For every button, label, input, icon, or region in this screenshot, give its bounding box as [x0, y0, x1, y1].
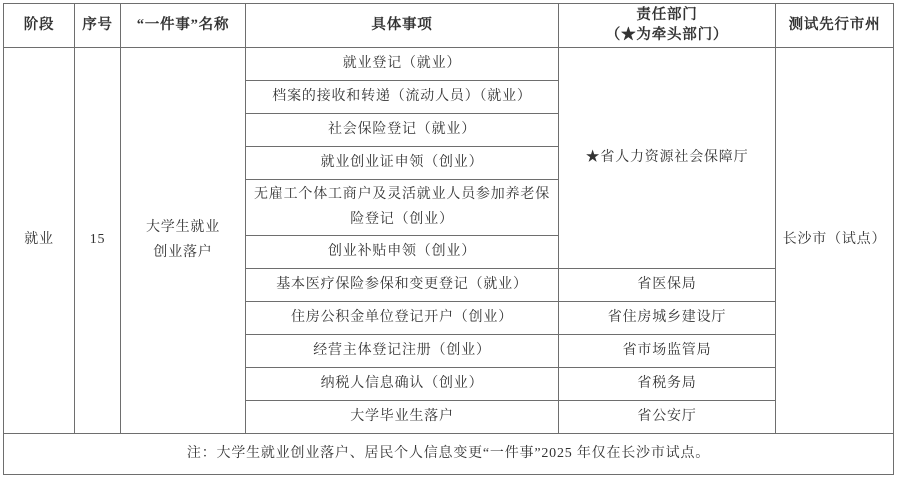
- col-header-name: “一件事”名称: [121, 4, 246, 48]
- note-cell: 注：大学生就业创业落户、居民个人信息变更“一件事”2025 年仅在长沙市试点。: [4, 434, 894, 475]
- item-cell: 经营主体登记注册（创业）: [246, 335, 559, 368]
- pilot-city-cell: 长沙市（试点）: [776, 48, 894, 434]
- document-page: 阶段 序号 “一件事”名称 具体事项 责任部门 （★为牵头部门） 测试先行市州 …: [0, 3, 900, 478]
- department-cell: 省住房城乡建设厅: [559, 302, 776, 335]
- table-header-row: 阶段 序号 “一件事”名称 具体事项 责任部门 （★为牵头部门） 测试先行市州: [4, 4, 894, 48]
- department-cell: 省市场监管局: [559, 335, 776, 368]
- department-cell: 省税务局: [559, 368, 776, 401]
- number-cell: 15: [75, 48, 121, 434]
- col-header-department-line1: 责任部门: [561, 6, 773, 26]
- item-cell: 纳税人信息确认（创业）: [246, 368, 559, 401]
- stage-cell: 就业: [4, 48, 75, 434]
- col-header-number: 序号: [75, 4, 121, 48]
- item-cell: 无雇工个体工商户及灵活就业人员参加养老保险登记（创业）: [246, 180, 559, 236]
- item-cell: 大学毕业生落户: [246, 401, 559, 434]
- star-icon: ★: [586, 150, 601, 165]
- name-cell: 大学生就业 创业落户: [121, 48, 246, 434]
- item-cell: 就业登记（就业）: [246, 48, 559, 81]
- col-header-department: 责任部门 （★为牵头部门）: [559, 4, 776, 48]
- lead-department-label: 省人力资源社会保障厅: [600, 150, 748, 165]
- name-line2: 创业落户: [125, 241, 241, 266]
- col-header-department-line2: （★为牵头部门）: [561, 26, 773, 46]
- item-cell: 住房公积金单位登记开户（创业）: [246, 302, 559, 335]
- col-header-stage: 阶段: [4, 4, 75, 48]
- item-cell: 档案的接收和转递（流动人员）（就业）: [246, 81, 559, 114]
- lead-department-cell: ★省人力资源社会保障厅: [559, 48, 776, 269]
- col-header-items: 具体事项: [246, 4, 559, 48]
- name-line1: 大学生就业: [125, 216, 241, 241]
- table-row: 就业 15 大学生就业 创业落户 就业登记（就业） ★省人力资源社会保障厅 长沙…: [4, 48, 894, 81]
- item-cell: 基本医疗保险参保和变更登记（就业）: [246, 269, 559, 302]
- col-header-pilot: 测试先行市州: [776, 4, 894, 48]
- item-cell: 社会保险登记（就业）: [246, 114, 559, 147]
- department-cell: 省医保局: [559, 269, 776, 302]
- item-cell: 创业补贴申领（创业）: [246, 236, 559, 269]
- department-cell: 省公安厅: [559, 401, 776, 434]
- item-cell: 就业创业证申领（创业）: [246, 147, 559, 180]
- one-matter-table: 阶段 序号 “一件事”名称 具体事项 责任部门 （★为牵头部门） 测试先行市州 …: [3, 3, 894, 475]
- note-row: 注：大学生就业创业落户、居民个人信息变更“一件事”2025 年仅在长沙市试点。: [4, 434, 894, 475]
